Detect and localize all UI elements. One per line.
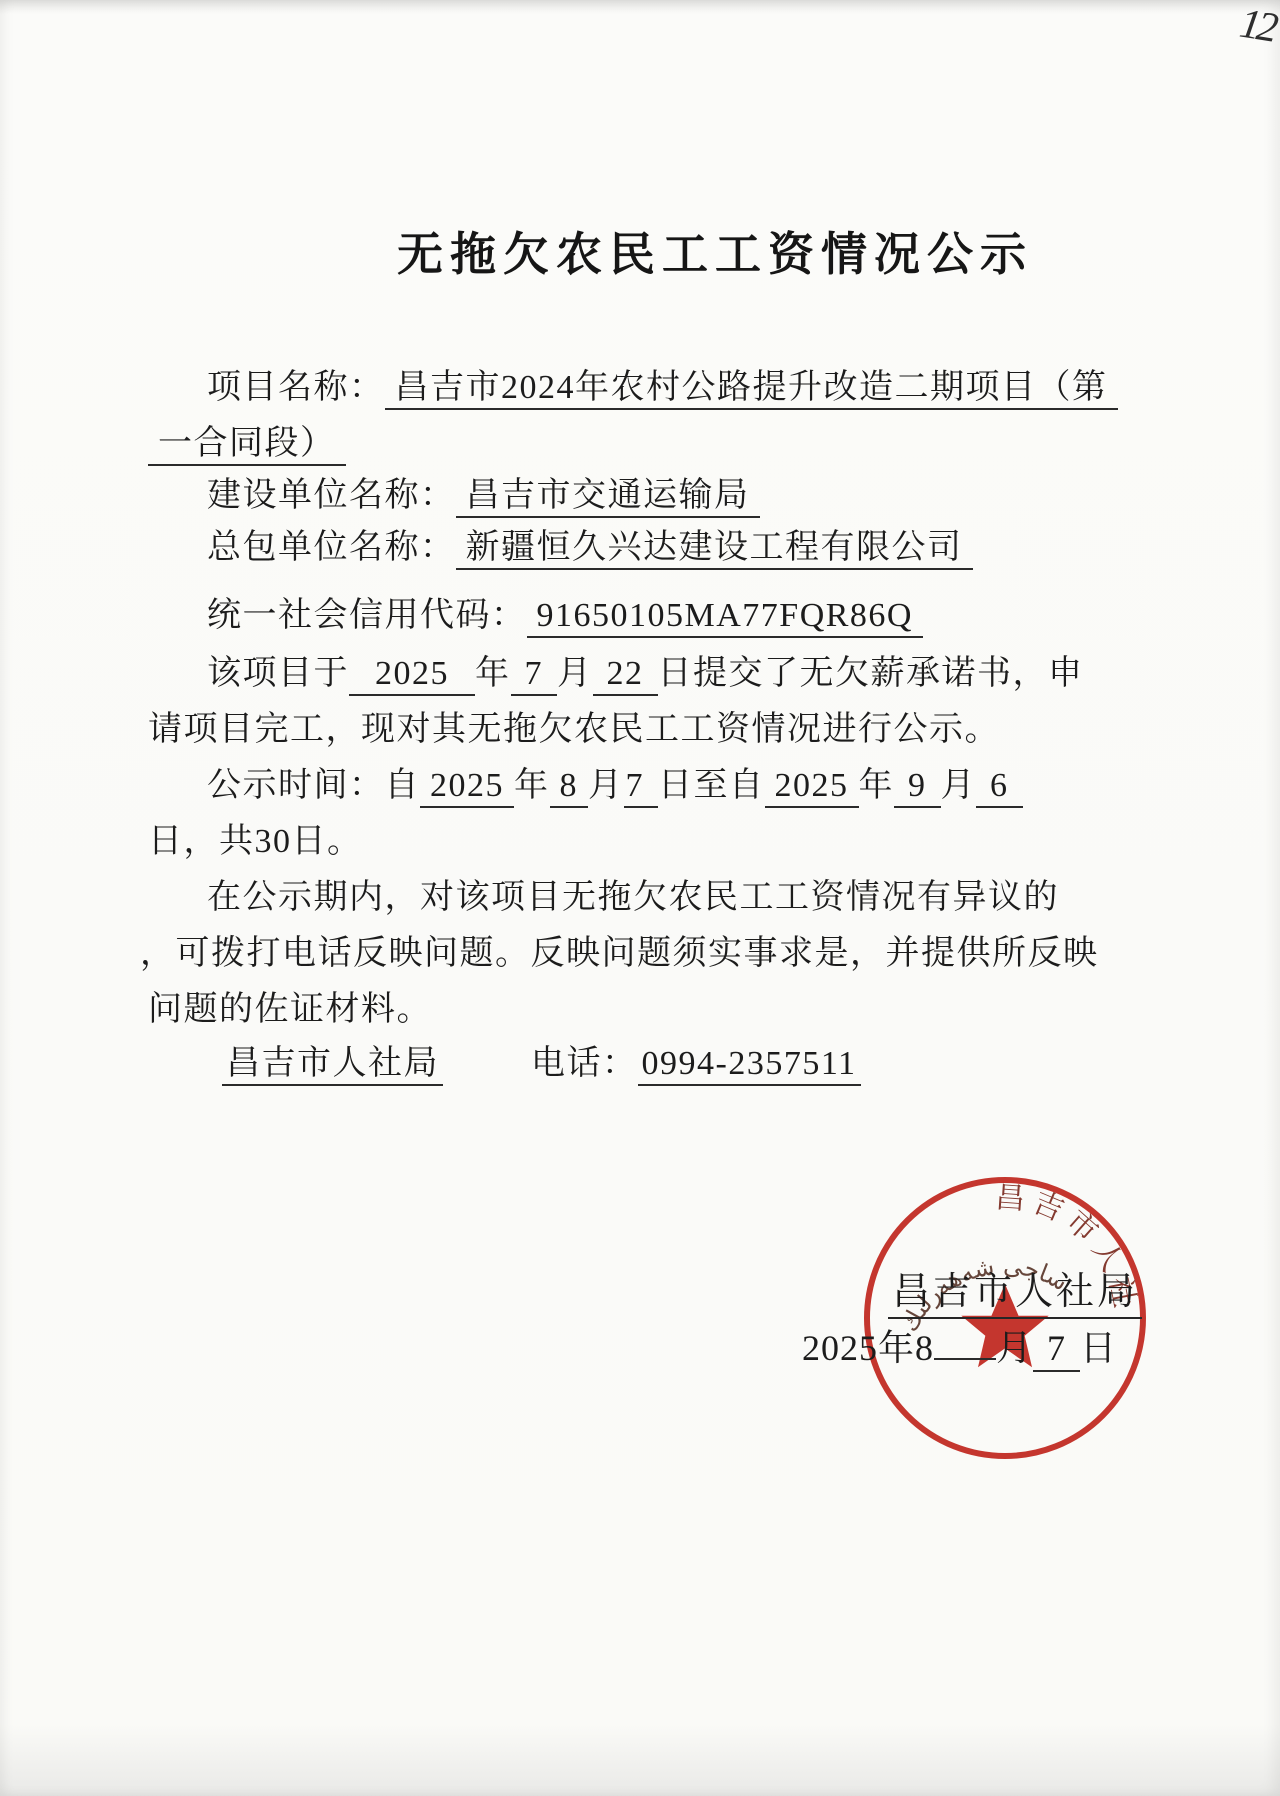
builder-label: 建设单位名称： [207,477,456,514]
submit-pre: 该项目于 [207,655,349,692]
period-yue1: 月 [588,767,624,804]
credit-code-line: 统一社会信用代码：91650105MA77FQR86Q [207,596,923,637]
period-month2: 9 [894,767,941,808]
notice-line1: 在公示期内，对该项目无拖欠农民工工资情况有异议的 [207,878,1059,919]
period-nian1: 年 [514,767,550,804]
notice-line3: 问题的佐证材料。 [148,990,432,1031]
project-name-line1: 项目名称：昌吉市2024年农村公路提升改造二期项目（第 [207,368,1118,409]
signature-date-blank [934,1327,996,1360]
period-yue2: 月 [941,767,977,804]
signature-agency: 昌吉市人社局 [888,1260,1142,1319]
period-nian2: 年 [859,767,895,804]
contractor-line: 总包单位名称：新疆恒久兴达建设工程有限公司 [207,528,973,569]
submit-line2: 请项目完工，现对其无拖欠农民工工资情况进行公示。 [148,710,1000,751]
credit-code-value: 91650105MA77FQR86Q [527,597,923,638]
period-year2: 2025 [765,767,859,808]
signature-date-pre: 2025年8 [802,1328,934,1368]
submit-year-char: 年 [475,655,511,692]
period-line1: 公示时间：自2025年8月7日至自2025年9月6 [207,766,1023,807]
credit-code-label: 统一社会信用代码： [207,597,527,634]
period-mid: 日至自 [658,767,765,804]
contact-agency: 昌吉市人社局 [222,1045,443,1086]
contractor-value: 新疆恒久兴达建设工程有限公司 [456,529,973,570]
project-name-value: 昌吉市2024年农村公路提升改造二期项目（第 [385,369,1118,410]
submit-post: 日提交了无欠薪承诺书，申 [658,655,1084,692]
handwritten-page-number: 12 [1236,0,1277,52]
signature-date: 2025年8月7日 [802,1320,1117,1371]
period-label: 公示时间：自 [207,767,420,804]
period-year1: 2025 [420,767,514,808]
contact-line: 昌吉市人社局电话：0994-2357511 [222,1044,861,1085]
project-name-line2: 一合同段） [148,424,346,465]
period-month1: 8 [550,767,589,808]
notice-line2-text: ，可拨打电话反映问题。反映问题须实事求是，并提供所反映 [140,935,1099,972]
signature-month-char: 月 [996,1328,1033,1368]
phone-number: 0994-2357511 [638,1045,861,1086]
period-day2: 6 [976,767,1023,808]
submit-month-char: 月 [557,655,593,692]
period-line2-text: 日，共30日。 [148,823,363,860]
project-name-value-cont: 一合同段） [148,425,346,466]
phone-label: 电话： [531,1045,638,1082]
builder-value: 昌吉市交通运输局 [456,477,760,518]
period-day1: 7 [624,767,659,808]
project-name-label: 项目名称： [207,369,385,406]
submit-line2-text: 请项目完工，现对其无拖欠农民工工资情况进行公示。 [148,711,1000,748]
notice-line2: ，可拨打电话反映问题。反映问题须实事求是，并提供所反映 [140,934,1099,975]
submit-day: 22 [593,655,658,696]
submit-line1: 该项目于2025年7月22日提交了无欠薪承诺书，申 [207,654,1084,695]
signature-day-char: 日 [1080,1328,1117,1368]
signature-day: 7 [1033,1328,1080,1372]
document-title: 无拖欠农民工工资情况公示 [170,218,1260,284]
builder-line: 建设单位名称：昌吉市交通运输局 [207,476,760,517]
period-line2: 日，共30日。 [148,822,363,863]
scanned-document-page: 12 无拖欠农民工工资情况公示 项目名称：昌吉市2024年农村公路提升改造二期项… [0,0,1280,1796]
submit-month: 7 [511,655,558,696]
notice-line3-text: 问题的佐证材料。 [148,991,432,1028]
contractor-label: 总包单位名称： [207,529,456,566]
submit-year: 2025 [349,655,475,696]
notice-line1-text: 在公示期内，对该项目无拖欠农民工工资情况有异议的 [207,879,1059,916]
